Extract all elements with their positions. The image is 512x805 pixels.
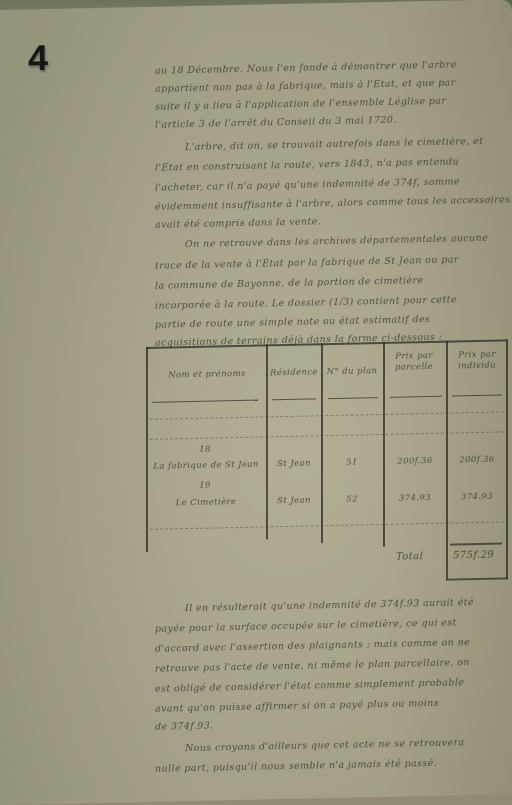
- total-rule: [450, 542, 502, 545]
- text-line: partie de route une simple note ou état …: [155, 312, 510, 330]
- text-line: l'État en construisant la route, vers 18…: [155, 155, 510, 173]
- row-note: 18: [190, 444, 220, 455]
- text-line: l'article 3 de l'arrêt du Conseil du 3 m…: [155, 112, 510, 130]
- cell-plan-number: 51: [323, 457, 381, 468]
- column-header-name: Nom et prénoms: [150, 368, 264, 381]
- page-number: 4: [28, 37, 48, 79]
- cell-plan-number: 52: [323, 494, 381, 505]
- header-rule: [152, 400, 258, 403]
- text-line: On ne retrouve dans les archives départe…: [185, 232, 512, 250]
- column-header-price-per-individual: Prix par individu: [452, 349, 502, 372]
- total-bottom-rule: [448, 577, 508, 580]
- document-page: 4 au 18 Décembre. Nous l'en fonde à démo…: [0, 0, 512, 805]
- cell-name: La fabrique de St Jean: [148, 459, 264, 471]
- total-label: Total: [396, 551, 423, 563]
- text-line: au 18 Décembre. Nous l'en fonde à démont…: [155, 58, 510, 76]
- cell-price-individual: 374.93: [448, 491, 506, 502]
- dashed-rule: [150, 411, 504, 419]
- text-line: L'arbre, dit on, se trouvait autrefois d…: [185, 135, 512, 153]
- text-line: la commune de Bayonne, de la portion de …: [155, 273, 510, 291]
- cell-price-individual: 200f.36: [448, 454, 506, 465]
- text-line: avant qu'on puisse affirmer si on a payé…: [155, 696, 510, 714]
- text-line: avait été compris dans la vente.: [155, 212, 510, 230]
- cell-residence: St Jean: [268, 458, 320, 469]
- text-line: retrouve pas l'acte de vente, ni même le…: [155, 656, 510, 674]
- text-line: incorporée à la route. Le dossier (1/3) …: [155, 293, 510, 311]
- column-header-residence: Résidence: [268, 367, 320, 379]
- column-header-plan-number: N° du plan: [323, 366, 381, 378]
- cell-price-parcel: 374.93: [385, 493, 445, 504]
- header-rule: [452, 394, 502, 396]
- cell-price-parcel: 200f.36: [385, 456, 445, 467]
- text-line: d'accord avec l'assertion des plaignants…: [155, 636, 510, 654]
- dashed-rule: [150, 431, 504, 439]
- text-line: payée pour la surface occupée sur le cim…: [155, 616, 510, 634]
- text-line: Nous croyons d'ailleurs que cet acte ne …: [185, 736, 512, 754]
- text-line: de 374f.93.: [155, 714, 510, 732]
- text-line: Il en résulterait qu'une indemnité de 37…: [185, 596, 512, 614]
- table-divider: [506, 339, 508, 579]
- cell-name: Le Cimetière: [148, 496, 264, 508]
- dashed-rule: [150, 521, 504, 529]
- text-line: évidemment insuffisante à l'arbre, alors…: [155, 194, 510, 212]
- cell-residence: St Jean: [268, 495, 320, 506]
- header-rule: [328, 397, 378, 399]
- header-rule: [390, 396, 442, 398]
- text-line: nulle part, puisqu'il nous semble n'a ja…: [155, 756, 510, 774]
- row-note: 19: [190, 480, 220, 491]
- text-line: est obligé de considérer l'état comme si…: [155, 676, 510, 694]
- text-line: l'acheter, car il n'a payé qu'une indemn…: [155, 175, 510, 193]
- header-rule: [272, 398, 316, 400]
- table-divider: [383, 342, 385, 547]
- total-value: 575f.29: [453, 550, 494, 562]
- text-line: appartient non pas à la fabrique, mais à…: [155, 76, 510, 94]
- table-divider: [146, 347, 148, 552]
- acquisitions-table: Nom et prénoms Résidence N° du plan Prix…: [146, 339, 508, 587]
- column-header-price-per-parcel: Prix par parcelle: [392, 351, 436, 374]
- text-line: suite il y a lieu à l'application de l'e…: [155, 94, 510, 112]
- text-line: trace de la vente à l'État par la fabriq…: [155, 253, 510, 271]
